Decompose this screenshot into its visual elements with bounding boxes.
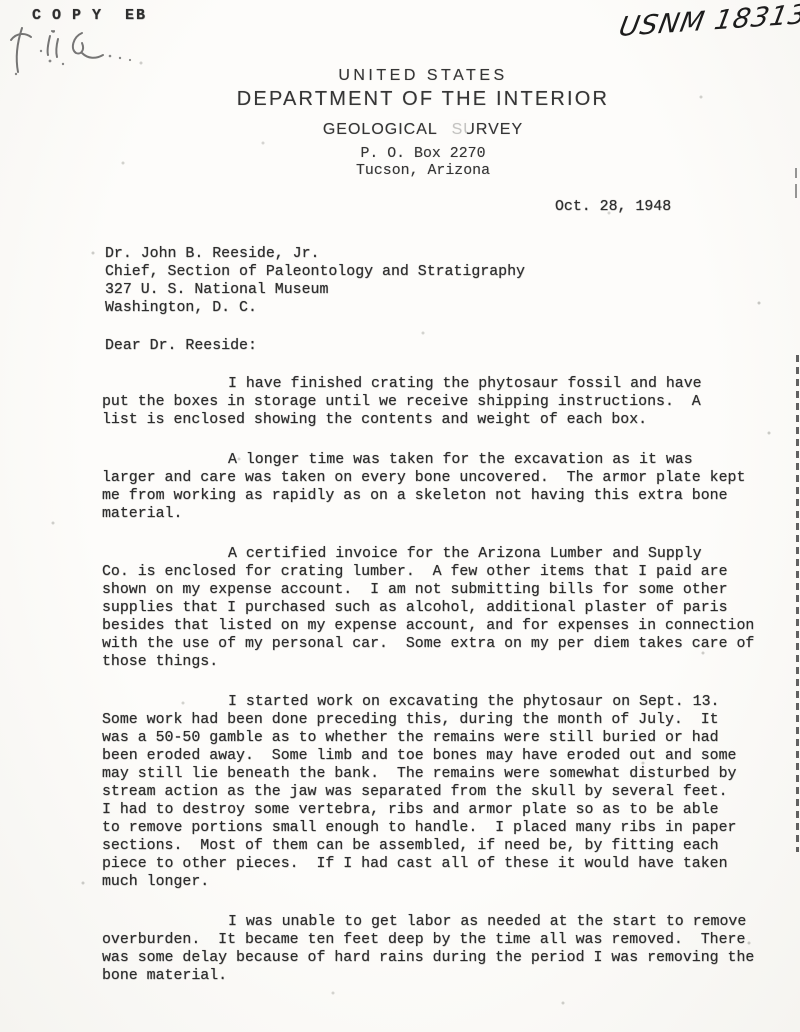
paragraph: I was unable to get labor as needed at t… bbox=[102, 913, 782, 985]
recipient-address-line: Washington, D. C. bbox=[105, 299, 525, 317]
letterhead-united-states: UNITED STATES bbox=[46, 67, 800, 85]
recipient-address: Dr. John B. Reeside, Jr.Chief, Section o… bbox=[105, 245, 525, 317]
recipient-address-line: 327 U. S. National Museum bbox=[105, 281, 525, 299]
scan-edge-artifact bbox=[796, 355, 799, 852]
letterhead-po-box: P. O. Box 2270 bbox=[46, 146, 800, 162]
letter-body: I have finished crating the phytosaur fo… bbox=[102, 375, 782, 1007]
scan-edge-mark bbox=[795, 168, 797, 178]
salutation: Dear Dr. Reeside: bbox=[105, 338, 257, 354]
copy-stamp: COPY EB bbox=[32, 7, 147, 24]
scan-speckles bbox=[0, 0, 2, 2]
recipient-address-line: Chief, Section of Paleontology and Strat… bbox=[105, 263, 525, 281]
copy-stamp-initials: EB bbox=[125, 7, 147, 24]
paragraph: A longer time was taken for the excavati… bbox=[102, 451, 782, 523]
recipient-address-line: Dr. John B. Reeside, Jr. bbox=[105, 245, 525, 263]
scan-fade-artifact bbox=[452, 119, 467, 140]
scanned-letter-page: COPY EB USNM 18313 UNITED STATES DEPARTM… bbox=[0, 0, 800, 1032]
letterhead-city: Tucson, Arizona bbox=[46, 163, 800, 179]
copy-stamp-label: COPY bbox=[32, 7, 112, 24]
paragraph: I have finished crating the phytosaur fo… bbox=[102, 375, 782, 429]
handwritten-catalog-number: USNM 18313 bbox=[616, 0, 800, 43]
letterhead-geological-survey: GEOLOGICAL SURVEY bbox=[46, 121, 800, 139]
letter-date: Oct. 28, 1948 bbox=[555, 199, 671, 215]
letterhead-department: DEPARTMENT OF THE INTERIOR bbox=[46, 88, 800, 111]
paragraph: I started work on excavating the phytosa… bbox=[102, 693, 782, 891]
scan-edge-mark bbox=[795, 184, 797, 198]
paragraph: A certified invoice for the Arizona Lumb… bbox=[102, 545, 782, 671]
